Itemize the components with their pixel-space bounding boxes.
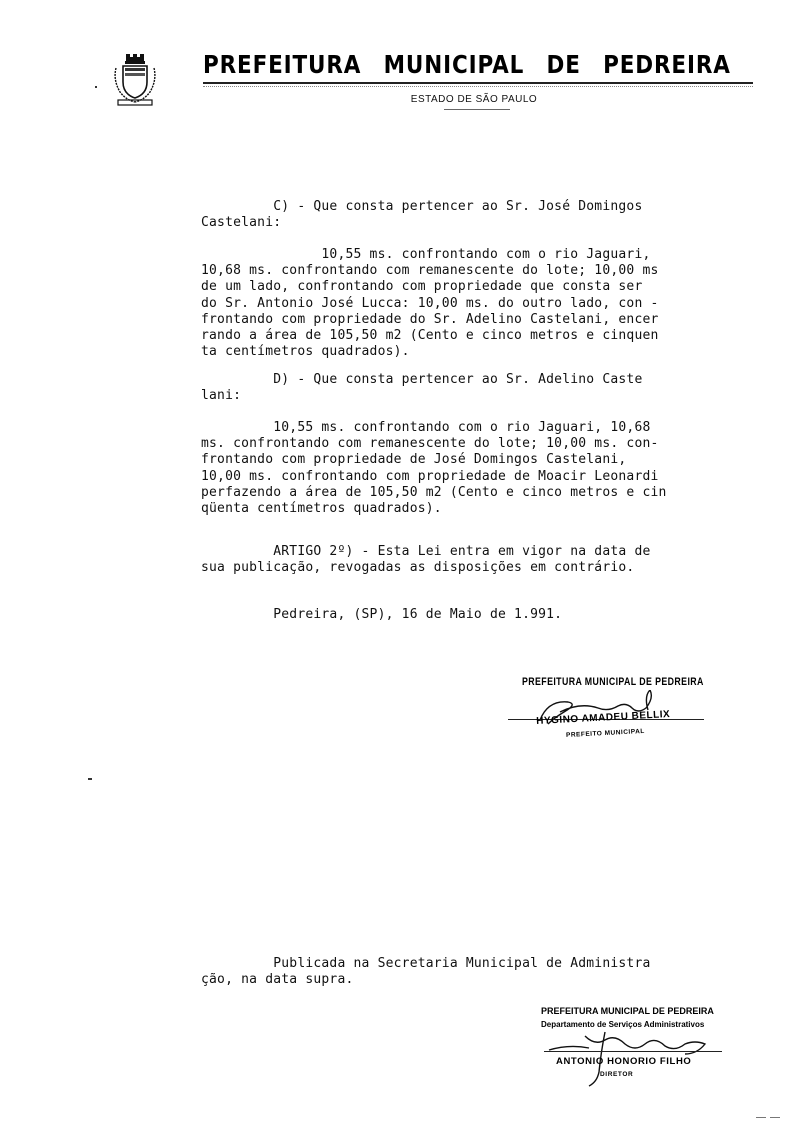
scan-speck [88, 778, 92, 780]
letterhead-rule-dotted [203, 86, 753, 87]
mayor-stamp-title: PREFEITURA MUNICIPAL DE PEDREIRA [522, 676, 704, 688]
director-name: ANTONIO HONORIO FILHO [556, 1056, 691, 1067]
section-c-heading: C) - Que consta pertencer ao Sr. José Do… [201, 199, 642, 231]
title-word-2: MUNICIPAL [384, 50, 524, 79]
letterhead-title: PREFEITURAMUNICIPALDEPEDREIRA [203, 50, 680, 79]
director-stamp-title: PREFEITURA MUNICIPAL DE PEDREIRA [541, 1006, 714, 1016]
scan-speck [756, 1117, 766, 1118]
scan-speck [770, 1117, 780, 1118]
section-c-text: 10,55 ms. confrontando com o rio Jaguari… [201, 247, 659, 360]
title-word-3: DE [547, 50, 581, 79]
letterhead-subtitle: ESTADO DE SÃO PAULO [0, 94, 800, 105]
mayor-role: PREFEITO MUNICIPAL [566, 728, 645, 739]
title-word-1: PREFEITURA [203, 50, 361, 79]
scan-speck [95, 86, 97, 88]
document-page: PREFEITURAMUNICIPALDEPEDREIRA ESTADO DE … [0, 0, 800, 1131]
section-d-heading: D) - Que consta pertencer ao Sr. Adelino… [201, 372, 642, 404]
subtitle-rule [444, 109, 510, 110]
article-2: ARTIGO 2º) - Esta Lei entra em vigor na … [201, 544, 651, 576]
place-date: Pedreira, (SP), 16 de Maio de 1.991. [201, 607, 562, 623]
director-role: DIRETOR [600, 1071, 633, 1078]
section-d-text: 10,55 ms. confrontando com o rio Jaguari… [201, 420, 667, 517]
letterhead-rule [203, 82, 753, 84]
title-word-4: PEDREIRA [603, 50, 731, 79]
publication-note: Publicada na Secretaria Municipal de Adm… [201, 956, 651, 988]
director-signature-line [544, 1051, 722, 1052]
